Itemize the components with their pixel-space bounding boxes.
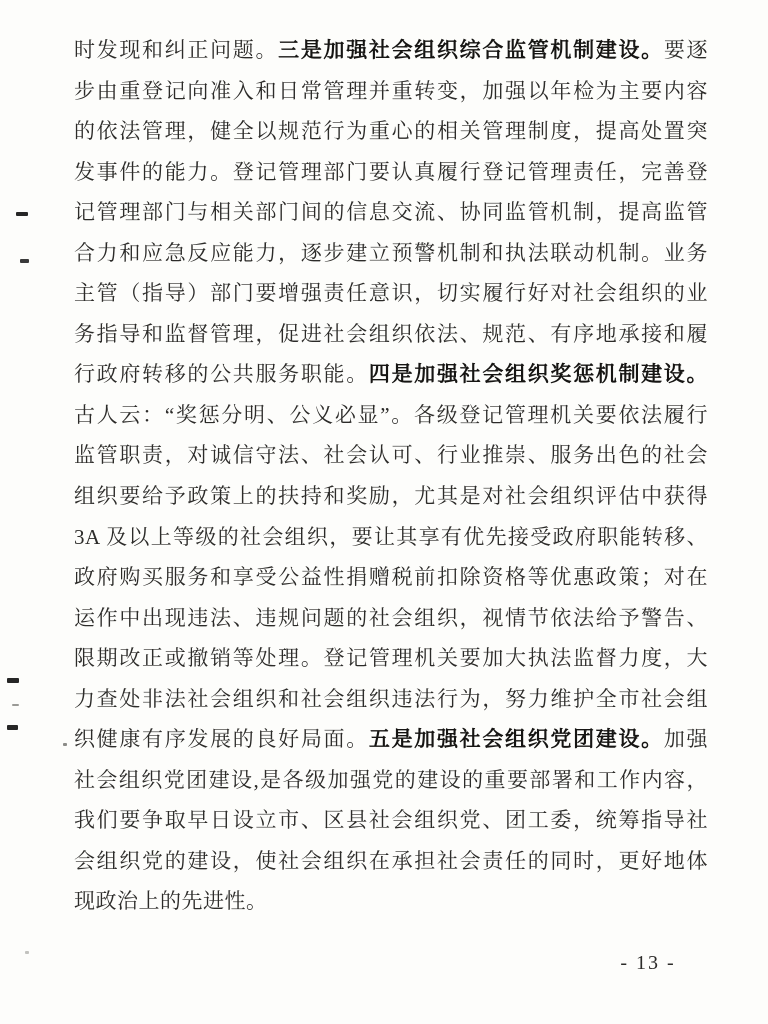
text-line: 政府购买服务和享受公益性捐赠税前扣除资格等优惠政策；对在 <box>74 557 708 598</box>
text-line: 合力和应急反应能力，逐步建立预警机制和执法联动机制。业务 <box>74 233 708 274</box>
text-run: 限期改正或撤销等处理。登记管理机关要加大执法监督力度，大 <box>74 646 708 670</box>
scan-artifact <box>7 678 19 683</box>
bold-heading-run: 五是加强社会组织党团建设。 <box>369 727 664 751</box>
text-run: 会组织党的建设，使社会组织在承担社会责任的同时，更好地体 <box>74 849 708 873</box>
text-run: 织健康有序发展的良好局面。 <box>74 727 369 751</box>
text-line: 限期改正或撤销等处理。登记管理机关要加大执法监督力度，大 <box>74 638 708 679</box>
scan-artifact <box>7 725 18 730</box>
scanned-document-page: 时发现和纠正问题。三是加强社会组织综合监管机制建设。要逐步由重登记向准入和日常管… <box>0 0 768 1024</box>
text-run: 发事件的能力。登记管理部门要认真履行登记管理责任，完善登 <box>74 160 708 184</box>
text-run: 务指导和监督管理，促进社会组织依法、规范、有序地承接和履 <box>74 322 708 346</box>
text-line: 的依法管理，健全以规范行为重心的相关管理制度，提高处置突 <box>74 111 708 152</box>
text-line: 务指导和监督管理，促进社会组织依法、规范、有序地承接和履 <box>74 314 708 355</box>
text-line: 组织要给予政策上的扶持和奖励，尤其是对社会组织评估中获得 <box>74 476 708 517</box>
text-run: 要逐 <box>664 38 708 62</box>
text-run: 古人云：“奖惩分明、公义必显”。各级登记管理机关要依法履行 <box>74 403 708 427</box>
text-line: 运作中出现违法、违规问题的社会组织，视情节依法给予警告、 <box>74 598 708 639</box>
text-run: 监管职责，对诚信守法、社会认可、行业推崇、服务出色的社会 <box>74 443 708 467</box>
text-run: 的依法管理，健全以规范行为重心的相关管理制度，提高处置突 <box>74 119 708 143</box>
scan-artifact <box>25 951 29 954</box>
text-line: 会组织党的建设，使社会组织在承担社会责任的同时，更好地体 <box>74 841 708 882</box>
text-line: 织健康有序发展的良好局面。五是加强社会组织党团建设。加强 <box>74 719 708 760</box>
text-run: 社会组织党团建设,是各级加强党的建设的重要部署和工作内容， <box>74 768 708 792</box>
text-line: 古人云：“奖惩分明、公义必显”。各级登记管理机关要依法履行 <box>74 395 708 436</box>
text-run: 政府购买服务和享受公益性捐赠税前扣除资格等优惠政策；对在 <box>74 565 708 589</box>
scan-artifact <box>16 212 28 216</box>
text-line: 记管理部门与相关部门间的信息交流、协同监管机制，提高监管 <box>74 192 708 233</box>
text-line: 力查处非法社会组织和社会组织违法行为，努力维护全市社会组 <box>74 679 708 720</box>
text-line: 步由重登记向准入和日常管理并重转变，加强以年检为主要内容 <box>74 71 708 112</box>
text-run: 记管理部门与相关部门间的信息交流、协同监管机制，提高监管 <box>74 200 708 224</box>
text-block: 时发现和纠正问题。三是加强社会组织综合监管机制建设。要逐步由重登记向准入和日常管… <box>74 30 708 922</box>
page-number: - 13 - <box>608 952 688 975</box>
text-run: 力查处非法社会组织和社会组织违法行为，努力维护全市社会组 <box>74 687 708 711</box>
text-run: 时发现和纠正问题。 <box>74 38 278 62</box>
text-line: 主管（指导）部门要增强责任意识，切实履行好对社会组织的业 <box>74 273 708 314</box>
text-run: 3A 及以上等级的社会组织，要让其享有优先接受政府职能转移、 <box>74 525 708 549</box>
text-run: 加强 <box>664 727 708 751</box>
text-run: 我们要争取早日设立市、区县社会组织党、团工委，统筹指导社 <box>74 808 708 832</box>
text-line: 社会组织党团建设,是各级加强党的建设的重要部署和工作内容， <box>74 760 708 801</box>
text-line: 监管职责，对诚信守法、社会认可、行业推崇、服务出色的社会 <box>74 435 708 476</box>
text-line: 时发现和纠正问题。三是加强社会组织综合监管机制建设。要逐 <box>74 30 708 71</box>
text-run: 步由重登记向准入和日常管理并重转变，加强以年检为主要内容 <box>74 79 708 103</box>
text-run: 行政府转移的公共服务职能。 <box>74 362 369 386</box>
text-line: 我们要争取早日设立市、区县社会组织党、团工委，统筹指导社 <box>74 800 708 841</box>
bold-heading-run: 四是加强社会组织奖惩机制建设。 <box>369 362 708 386</box>
bold-heading-run: 三是加强社会组织综合监管机制建设。 <box>278 38 664 62</box>
scan-artifact <box>20 259 29 263</box>
text-line: 发事件的能力。登记管理部门要认真履行登记管理责任，完善登 <box>74 152 708 193</box>
text-run: 运作中出现违法、违规问题的社会组织，视情节依法给予警告、 <box>74 606 708 630</box>
text-run: 合力和应急反应能力，逐步建立预警机制和执法联动机制。业务 <box>74 241 708 265</box>
text-run: 现政治上的先进性。 <box>74 889 268 913</box>
scan-artifact <box>63 743 67 746</box>
text-line: 行政府转移的公共服务职能。四是加强社会组织奖惩机制建设。 <box>74 354 708 395</box>
scan-artifact <box>12 704 19 706</box>
text-run: 组织要给予政策上的扶持和奖励，尤其是对社会组织评估中获得 <box>74 484 708 508</box>
text-line: 3A 及以上等级的社会组织，要让其享有优先接受政府职能转移、 <box>74 517 708 558</box>
text-line: 现政治上的先进性。 <box>74 881 708 922</box>
text-run: 主管（指导）部门要增强责任意识，切实履行好对社会组织的业 <box>74 281 708 305</box>
